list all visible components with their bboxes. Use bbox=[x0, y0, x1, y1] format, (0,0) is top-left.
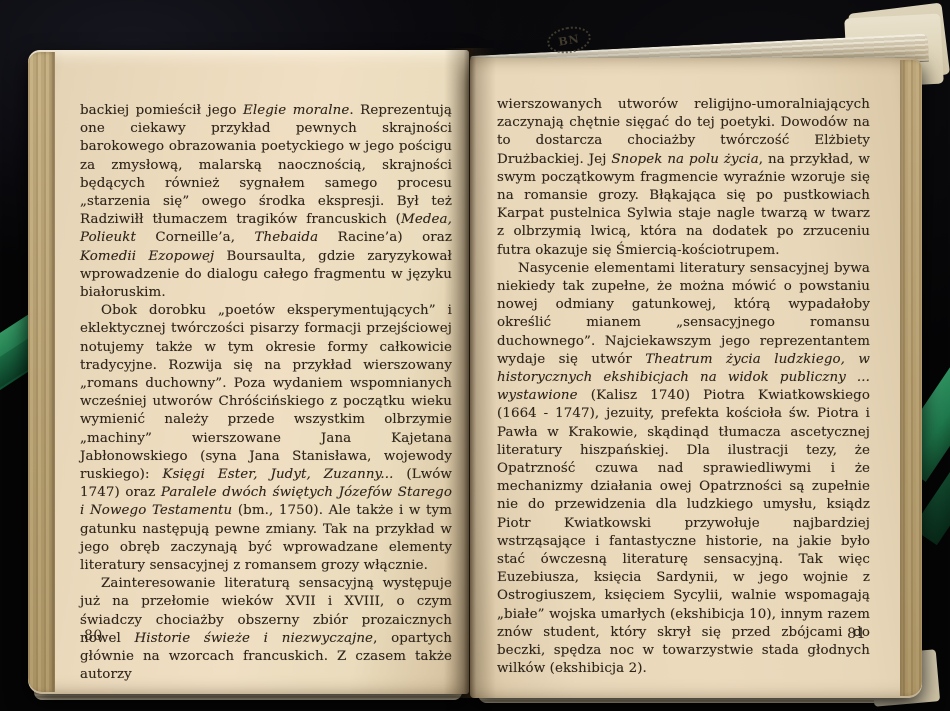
book-page-left: backiej pomieścił jego Elegie moralne. R… bbox=[28, 50, 469, 694]
book-page-right: wierszowanych utworów religijno-umoralni… bbox=[470, 58, 922, 698]
text-segment: , na przykład, w swym początkowym fragme… bbox=[497, 152, 870, 258]
italic-text-segment: Komedii Ezopowej bbox=[80, 249, 214, 264]
italic-text-segment: Historie świeże i niezwyczajne bbox=[135, 631, 374, 646]
paragraph: Zainteresowanie literaturą sensacyjną wy… bbox=[80, 575, 452, 684]
open-book-photo: backiej pomieścił jego Elegie moralne. R… bbox=[0, 0, 950, 711]
paragraph: backiej pomieścił jego Elegie moralne. R… bbox=[80, 102, 452, 302]
page-number-right: 81 bbox=[847, 626, 866, 642]
italic-text-segment: Thebaida bbox=[255, 230, 319, 245]
italic-text-segment: Księgi Ester, Judyt, Zuzanny... bbox=[162, 467, 393, 482]
text-segment: (Kalisz 1740) Piotra Kwiatkowskiego (166… bbox=[497, 388, 870, 676]
paragraph: Obok dorobku „poetów eksperymentujących”… bbox=[80, 302, 452, 575]
paragraph: wierszowanych utworów religijno-umoralni… bbox=[497, 96, 870, 260]
text-segment: Corneille’a, bbox=[136, 230, 255, 245]
paragraph: Nasycenie elementami literatury sensacyj… bbox=[497, 260, 870, 679]
page-text-right: wierszowanych utworów religijno-umoralni… bbox=[497, 96, 870, 679]
text-segment: Racine’a) oraz bbox=[318, 230, 452, 245]
page-number-left: 80 bbox=[84, 628, 103, 644]
text-segment: . Reprezentują one ciekawy przykład pewn… bbox=[80, 103, 452, 227]
italic-text-segment: Snopek na polu życia bbox=[611, 152, 758, 167]
page-text-left: backiej pomieścił jego Elegie moralne. R… bbox=[80, 102, 452, 685]
text-segment: backiej pomieścił jego bbox=[80, 103, 243, 118]
italic-text-segment: Elegie moralne bbox=[243, 103, 349, 118]
library-stamp-label: BN bbox=[557, 32, 580, 49]
text-segment: Obok dorobku „poetów eksperymentujących”… bbox=[80, 303, 452, 482]
